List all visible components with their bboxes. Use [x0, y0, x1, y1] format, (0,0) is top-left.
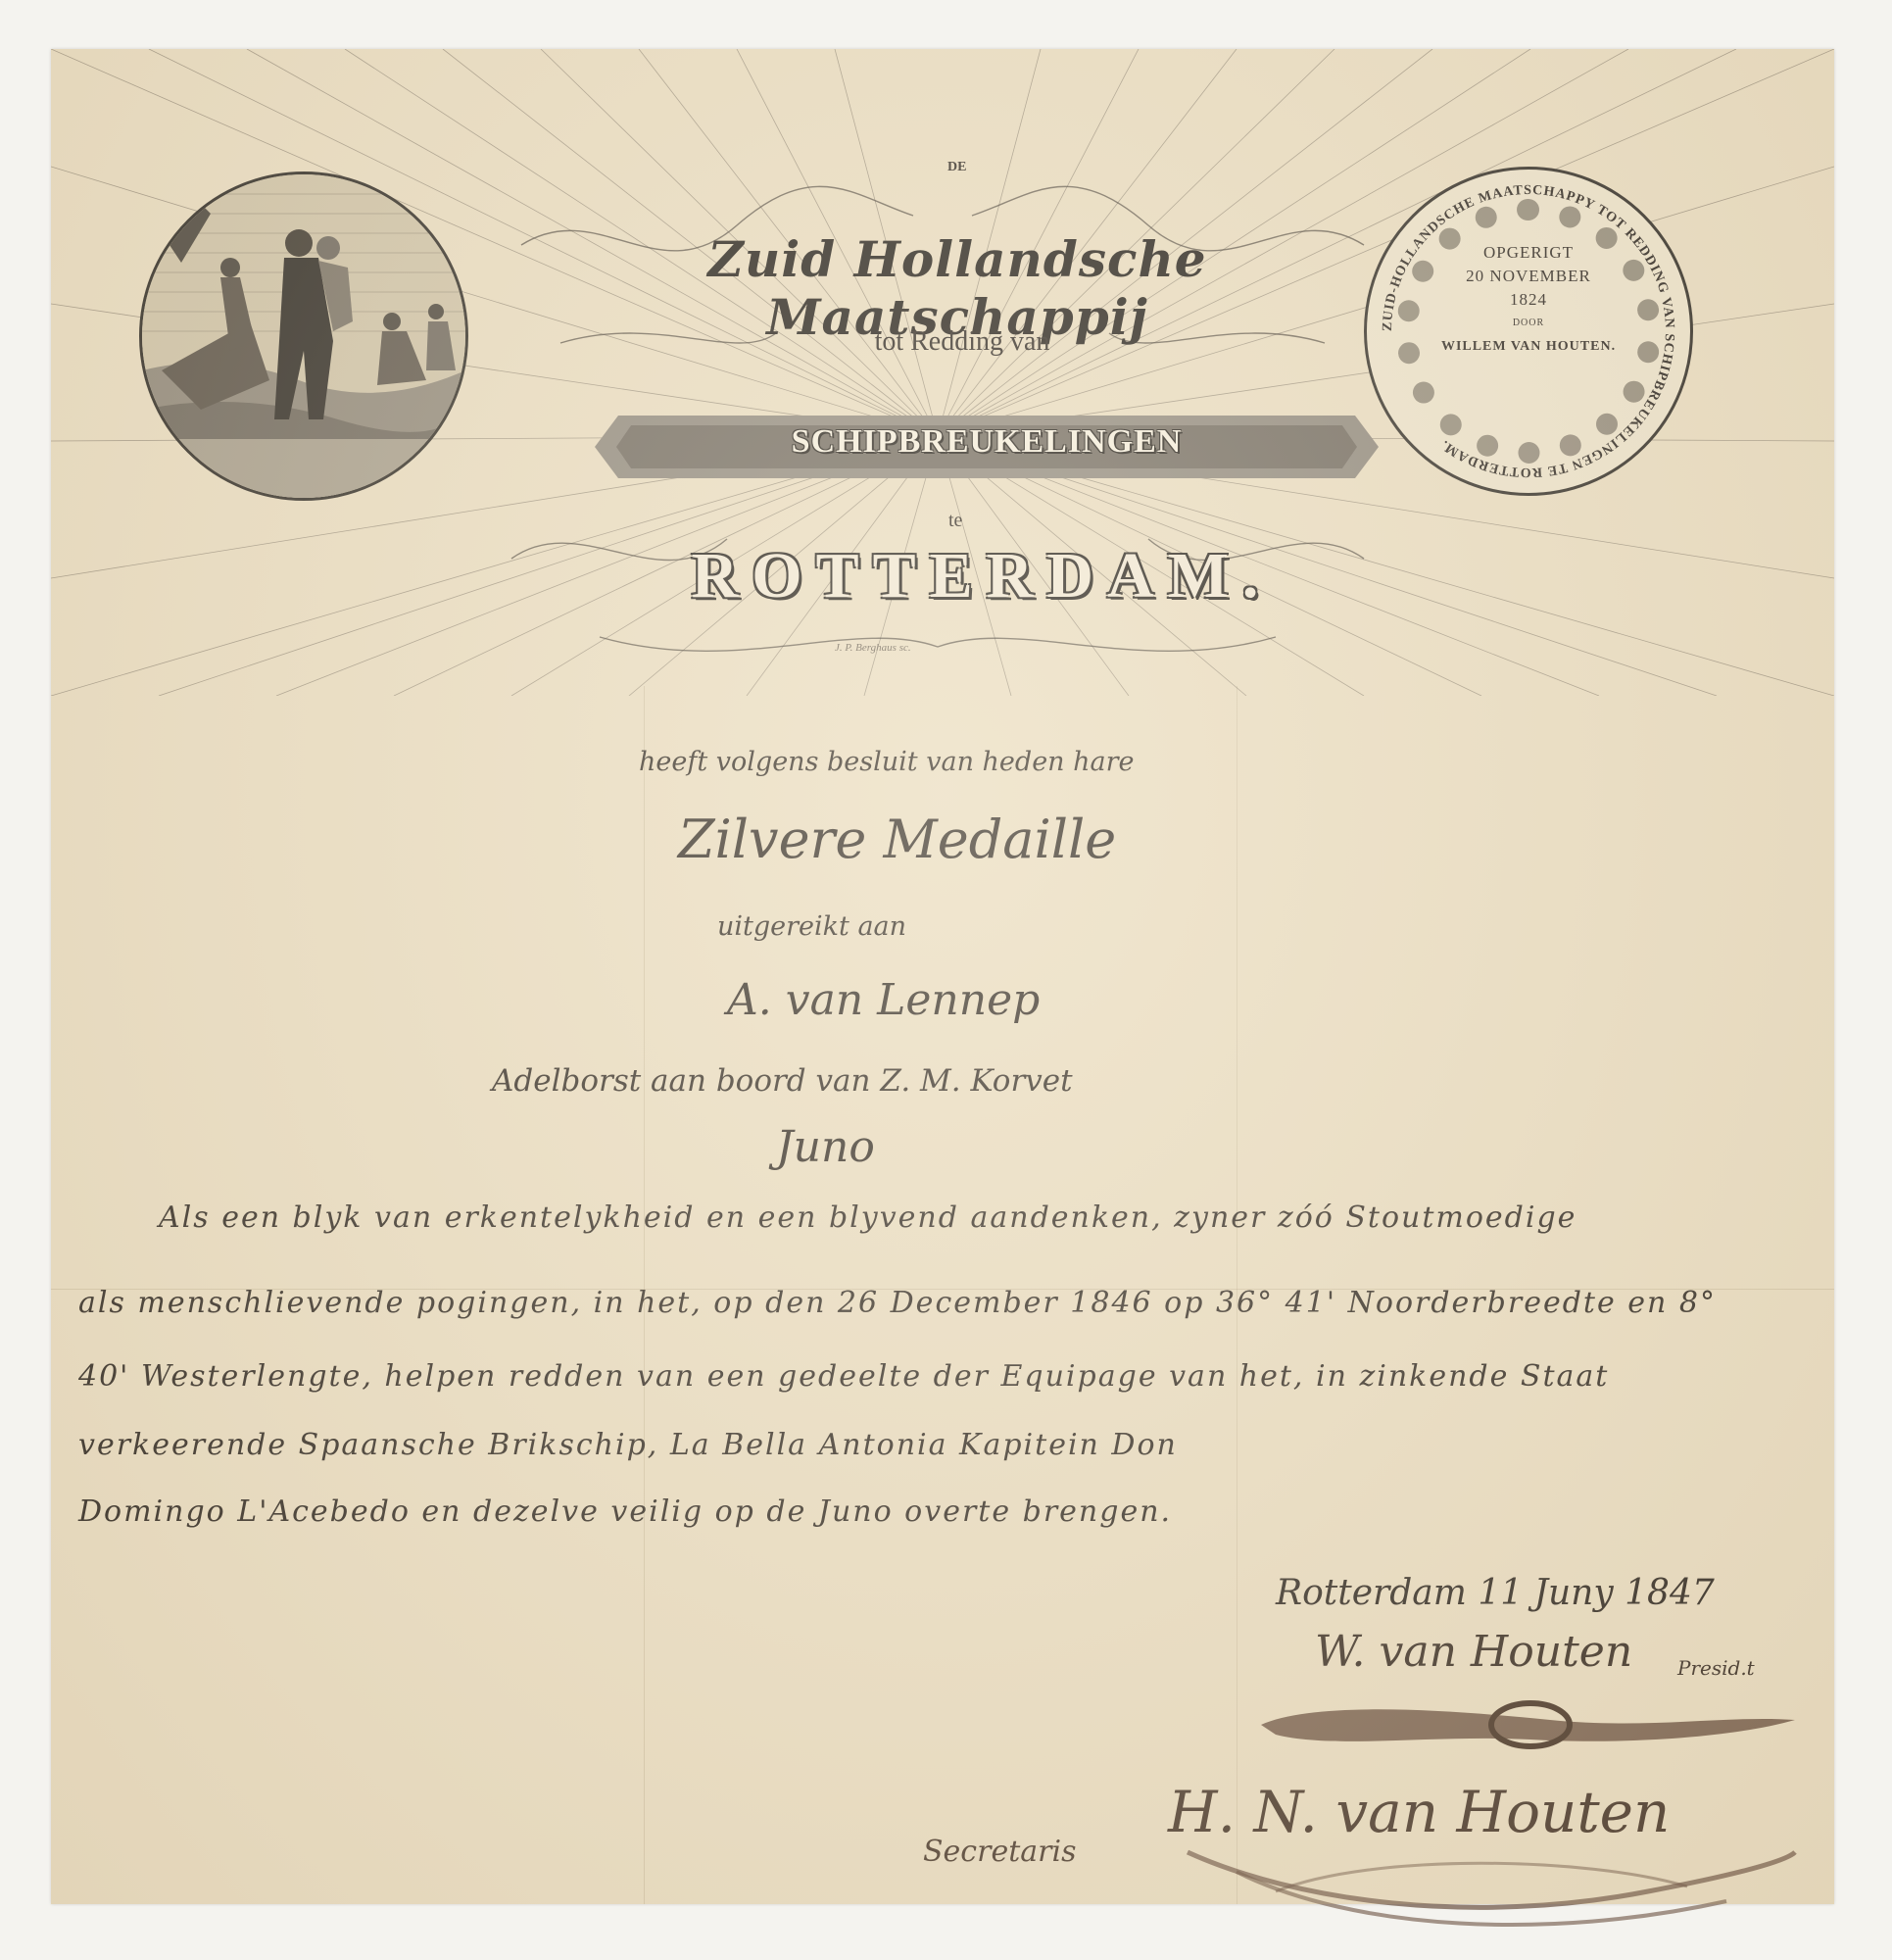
medallion-line: OPGERIGT [1416, 241, 1641, 265]
ship-name: Juno [776, 1122, 875, 1172]
president-signature: W. van Houten [1315, 1627, 1632, 1677]
medallion-line: 1824 [1416, 288, 1641, 312]
rescue-scene-icon [142, 174, 465, 498]
medallion-line: DOOR [1416, 312, 1641, 335]
rescue-scene-medallion-icon [139, 171, 468, 501]
title-banner: SCHIPBREUKELINGEN [595, 408, 1379, 486]
medallion-line: WILLEM VAN HOUTEN. [1416, 335, 1641, 359]
citation-line: als menschlievende pogingen, in het, op … [78, 1286, 1803, 1320]
award-title: Zilvere Medaille [678, 808, 1116, 870]
medallion-line: 20 NOVEMBER [1416, 265, 1641, 288]
place-date: Rotterdam 11 Juny 1847 [1276, 1573, 1715, 1613]
header-de: DE [947, 160, 966, 175]
engraver-signature: J. P. Berghaus sc. [835, 642, 911, 654]
awarded-to-label: uitgereikt aan [717, 911, 906, 942]
header-te: te [948, 510, 962, 532]
citation-line: verkeerende Spaansche Brikschip, La Bell… [78, 1428, 1803, 1462]
engraved-header: DE Zuid Hollandsche Maatschappij tot Red… [51, 49, 1834, 696]
certificate-sheet: DE Zuid Hollandsche Maatschappij tot Red… [51, 49, 1834, 1904]
intro-text: heeft volgens besluit van heden hare [639, 747, 1135, 777]
recipient-name: A. van Lennep [727, 975, 1040, 1025]
president-flourish [1256, 1686, 1805, 1764]
city-title: ROTTERDAM. [609, 539, 1354, 613]
secretary-flourish [1178, 1833, 1805, 1940]
secretary-label: Secretaris [923, 1835, 1076, 1869]
citation-line: Als een blyk van erkentelykheid en een b… [159, 1200, 1883, 1235]
tot-redding-van: tot Redding van [776, 326, 1148, 358]
citation-line: Domingo L'Acebedo en dezelve veilig op d… [78, 1494, 1803, 1529]
citation-line: 40' Westerlengte, helpen redden van een … [78, 1359, 1803, 1394]
oak-wreath-medallion-icon: ZUID-HOLLANDSCHE MAATSCHAPPY TOT REDDING… [1364, 167, 1693, 496]
medallion-center-text: OPGERIGT 20 NOVEMBER 1824 DOOR WILLEM VA… [1416, 223, 1641, 439]
president-title: Presid.t [1677, 1656, 1755, 1680]
banner-text: SCHIPBREUKELINGEN [595, 423, 1379, 461]
rank-line: Adelborst aan boord van Z. M. Korvet [492, 1063, 1073, 1099]
